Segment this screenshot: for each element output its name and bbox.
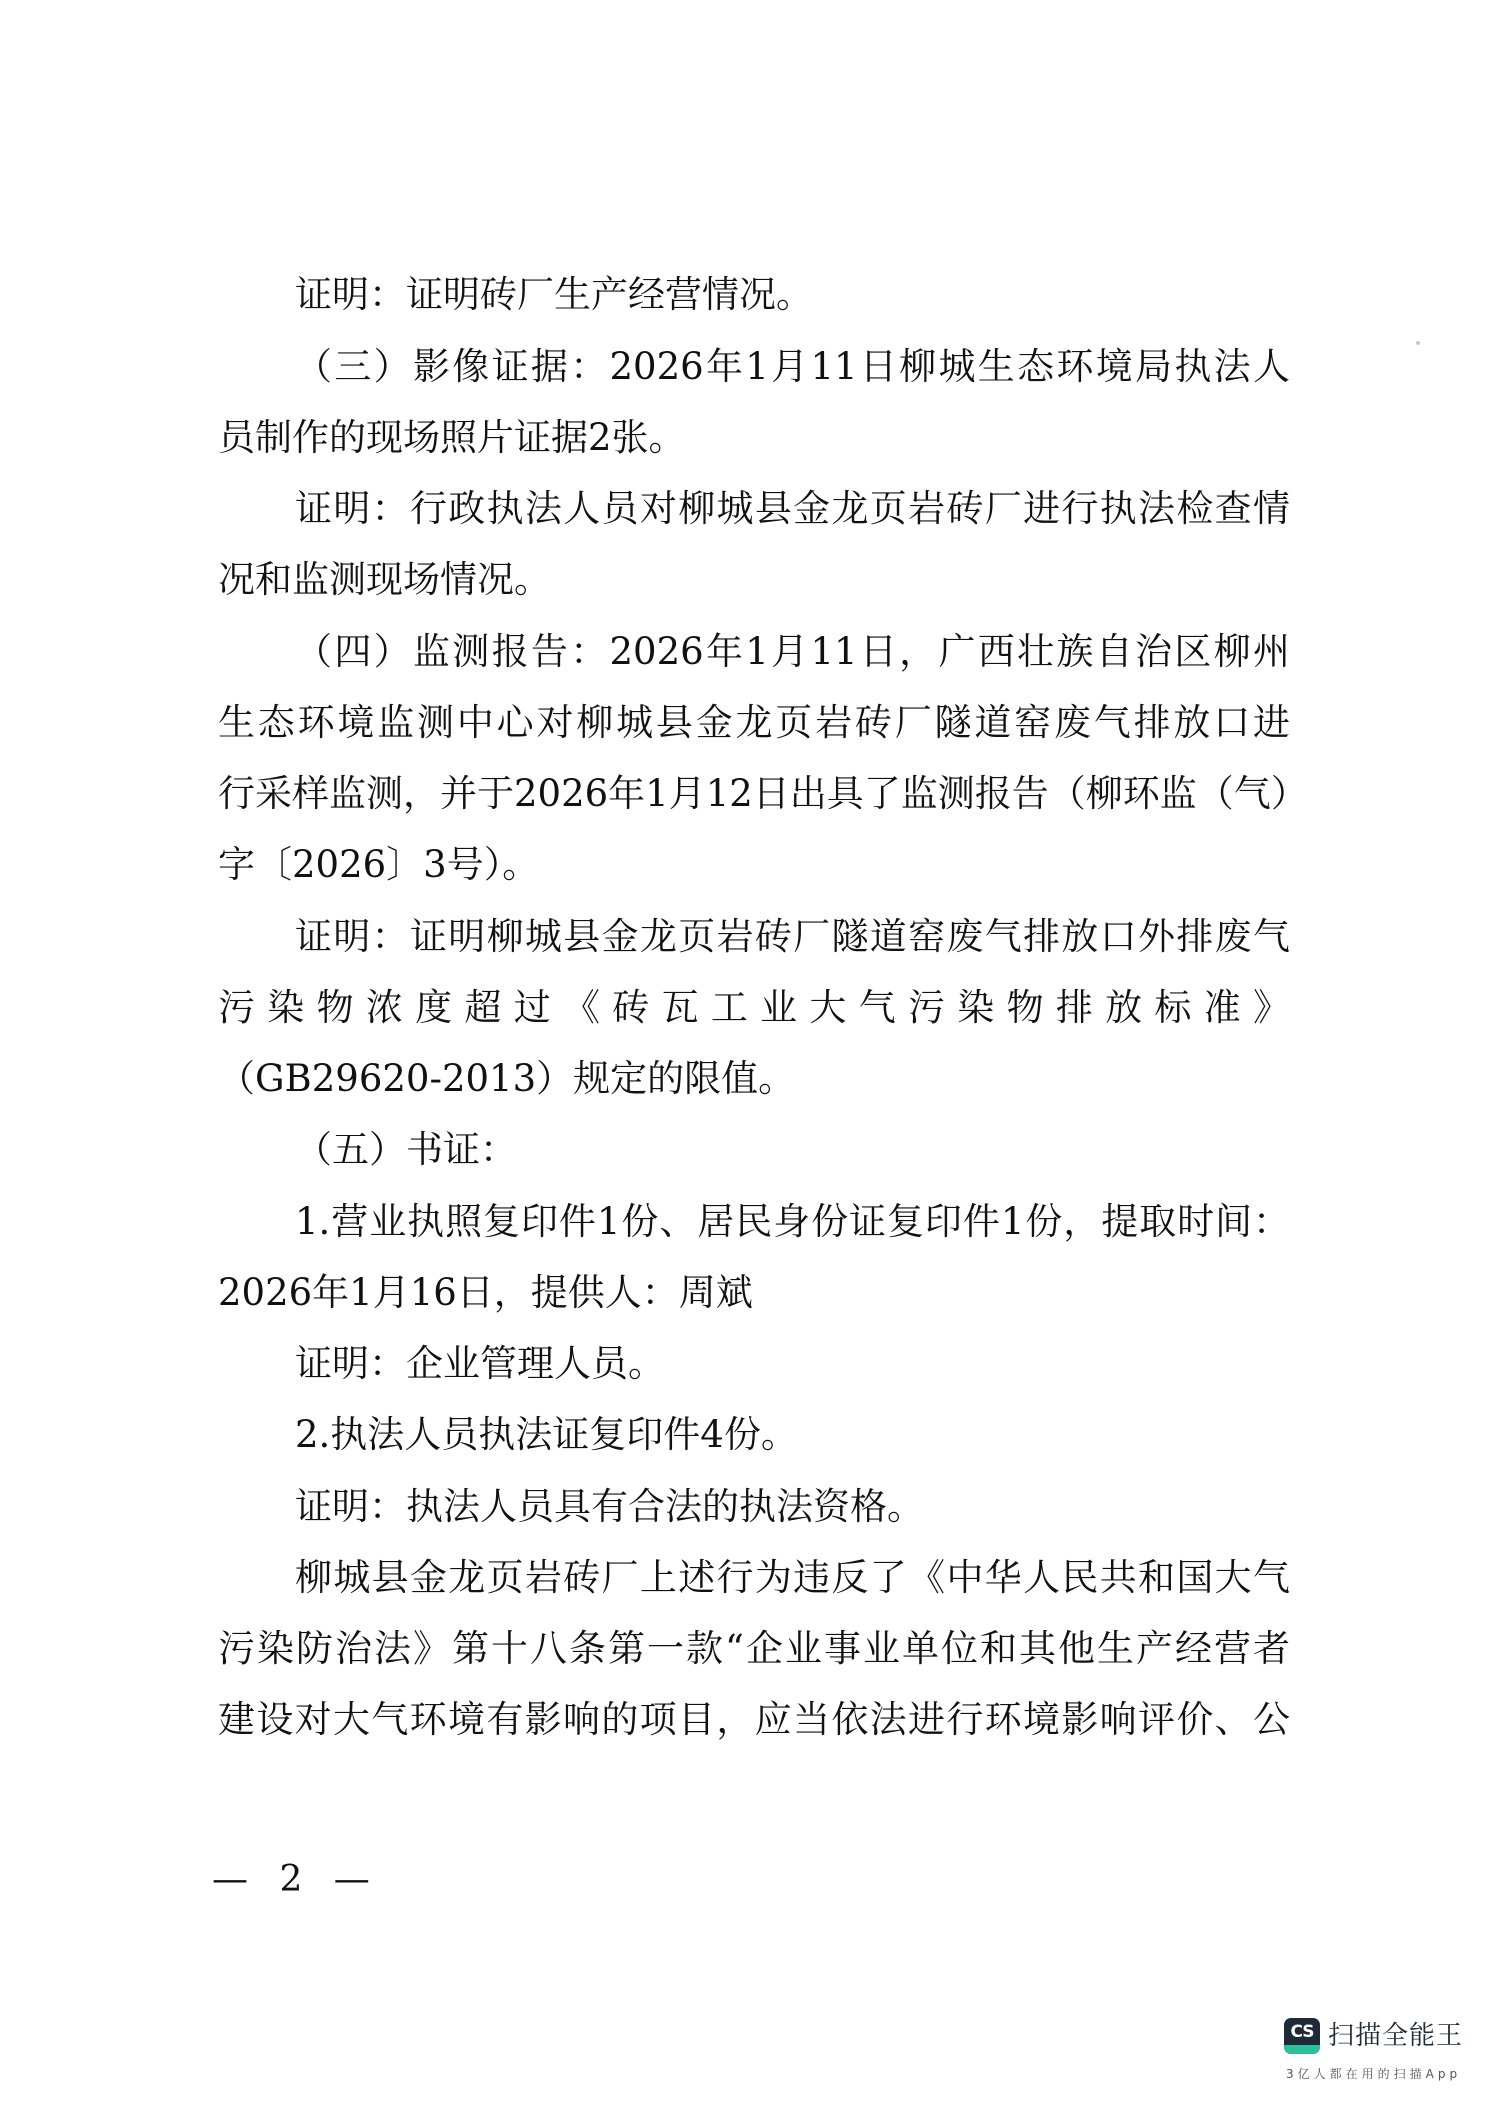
- text-line: 员制作的现场照片证据2张。: [218, 414, 1290, 462]
- text-line: 1.营业执照复印件1份、居民身份证复印件1份，提取时间：: [295, 1198, 1290, 1246]
- text-line: 证明：执法人员具有合法的执法资格。: [295, 1483, 1290, 1531]
- text-line: 生态环境监测中心对柳城县金龙页岩砖厂隧道窑废气排放口进: [218, 699, 1290, 747]
- document-page: 证明：证明砖厂生产经营情况。 （三）影像证据：2026年1月11日柳城生态环境局…: [0, 0, 1487, 2105]
- text-line: 证明：证明柳城县金龙页岩砖厂隧道窑废气排放口外排废气: [295, 913, 1290, 961]
- text-line: 证明：证明砖厂生产经营情况。: [295, 271, 1290, 319]
- camscanner-logo-icon: CS: [1284, 2018, 1320, 2054]
- text-line: 证明：行政执法人员对柳城县金龙页岩砖厂进行执法检查情: [295, 485, 1290, 533]
- text-line: 2.执法人员执法证复印件4份。: [295, 1411, 1290, 1459]
- watermark-brand: 扫描全能王: [1328, 2020, 1463, 2052]
- logo-text: CS: [1284, 2021, 1320, 2043]
- text-line: 2026年1月16日，提供人：周斌: [218, 1269, 1290, 1317]
- page-number: — 2 —: [212, 1860, 380, 1900]
- scan-speck: [1416, 341, 1420, 345]
- logo-accent-strip: [1284, 2045, 1320, 2054]
- text-line: 污染防治法》第十八条第一款“企业事业单位和其他生产经营者: [218, 1625, 1290, 1673]
- text-line: （三）影像证据：2026年1月11日柳城生态环境局执法人: [295, 343, 1290, 391]
- watermark-tagline: 3亿人都在用的扫描App: [1286, 2066, 1461, 2082]
- text-line: （五）书证：: [295, 1126, 1290, 1174]
- text-line: 污染物浓度超过《砖瓦工业大气污染物排放标准》: [218, 984, 1290, 1032]
- text-line: （四）监测报告：2026年1月11日，广西壮族自治区柳州: [295, 628, 1290, 676]
- text-line: 证明：企业管理人员。: [295, 1340, 1290, 1388]
- text-line: 行采样监测，并于2026年1月12日出具了监测报告（柳环监（气）: [218, 770, 1290, 818]
- text-line: 柳城县金龙页岩砖厂上述行为违反了《中华人民共和国大气: [295, 1554, 1290, 1602]
- text-line: 况和监测现场情况。: [218, 556, 1290, 604]
- text-line: 字〔2026〕3号）。: [218, 841, 1290, 889]
- text-line: （GB29620-2013）规定的限值。: [218, 1055, 1290, 1103]
- text-line: 建设对大气环境有影响的项目，应当依法进行环境影响评价、公: [218, 1696, 1290, 1744]
